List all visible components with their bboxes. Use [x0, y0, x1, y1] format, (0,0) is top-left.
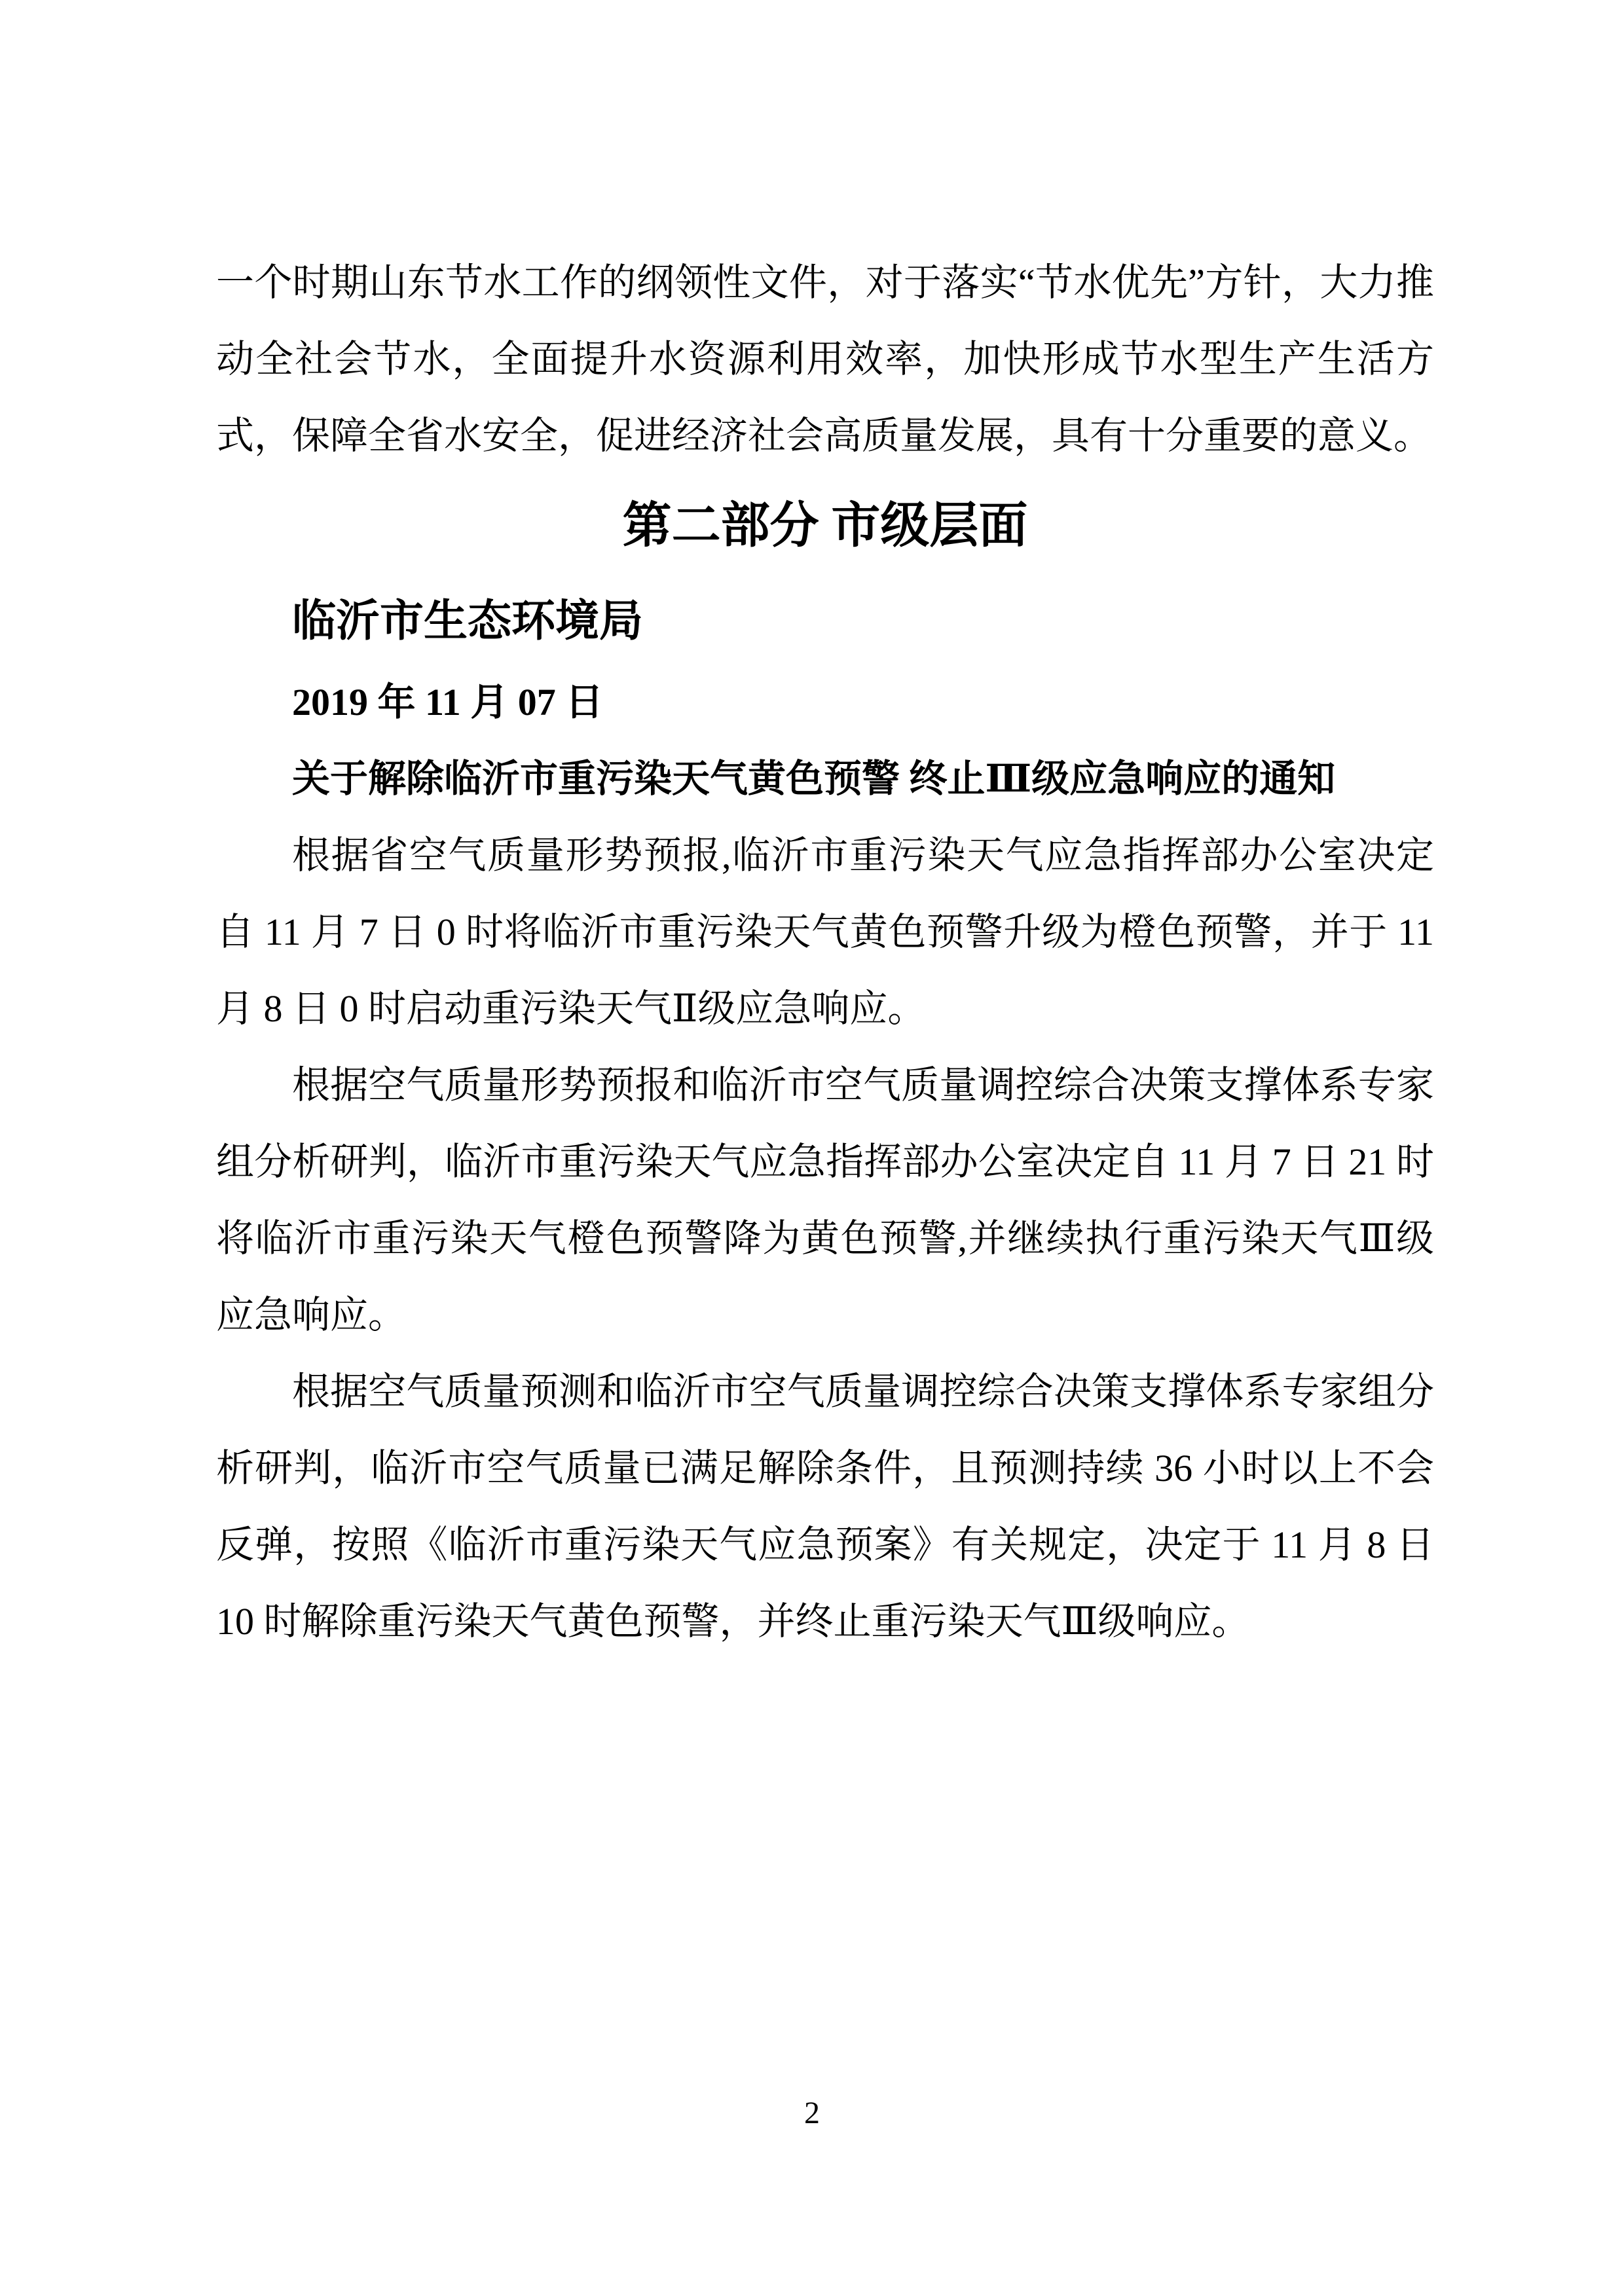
- body-paragraph-2: 根据空气质量形势预报和临沂市空气质量调控综合决策支撑体系专家组分析研判，临沂市重…: [216, 1047, 1434, 1353]
- section-heading: 第二部分 市级层面: [216, 474, 1434, 579]
- document-date: 2019 年 11 月 07 日: [216, 664, 1434, 740]
- body-paragraph-1: 根据省空气质量形势预报,临沂市重污染天气应急指挥部办公室决定自 11 月 7 日…: [216, 817, 1434, 1047]
- document-content: 一个时期山东节水工作的纲领性文件，对于落实“节水优先”方针，大力推动全社会节水，…: [216, 244, 1434, 1660]
- page-number: 2: [0, 2094, 1624, 2133]
- notice-title: 关于解除临沂市重污染天气黄色预警 终止Ⅲ级应急响应的通知: [216, 740, 1434, 817]
- agency-name: 临沂市生态环境局: [216, 579, 1434, 664]
- body-paragraph-3: 根据空气质量预测和临沂市空气质量调控综合决策支撑体系专家组分析研判，临沂市空气质…: [216, 1353, 1434, 1660]
- intro-paragraph: 一个时期山东节水工作的纲领性文件，对于落实“节水优先”方针，大力推动全社会节水，…: [216, 244, 1434, 474]
- document-page: 一个时期山东节水工作的纲领性文件，对于落实“节水优先”方针，大力推动全社会节水，…: [0, 0, 1624, 2296]
